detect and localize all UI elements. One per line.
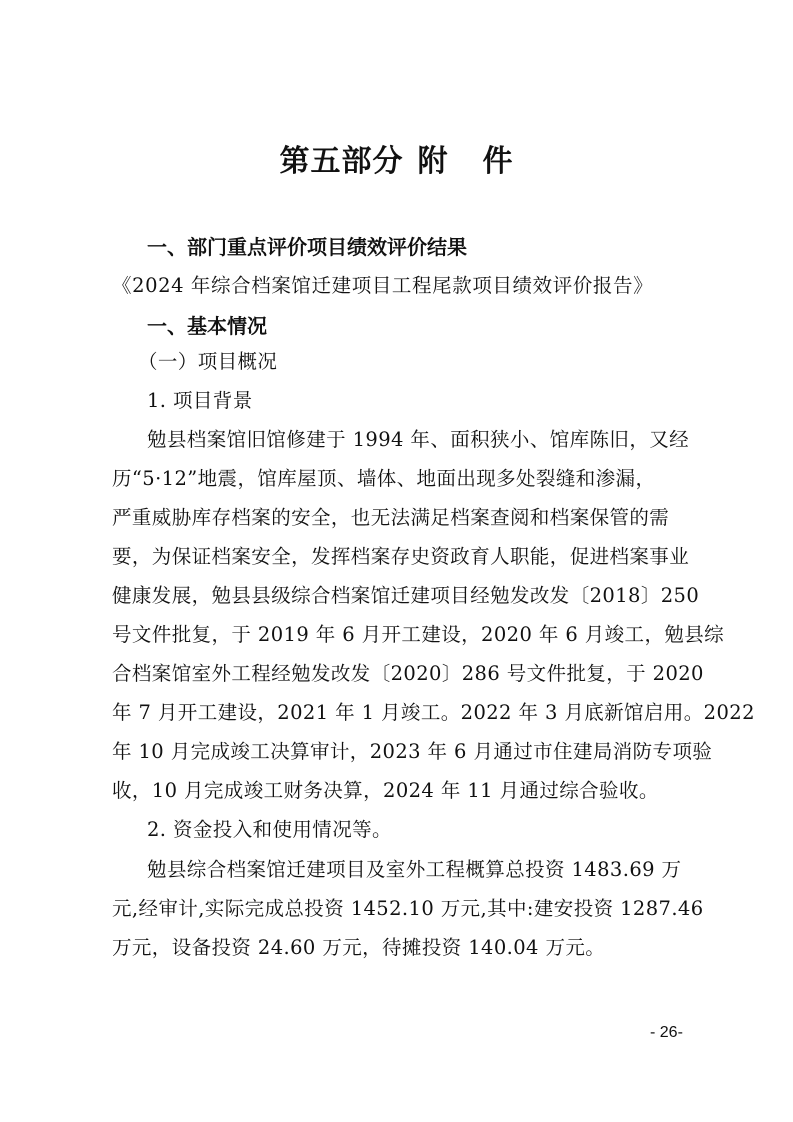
paragraph-1-line: 严重威胁库存档案的安全，也无法满足档案查阅和档案保管的需 <box>112 504 686 532</box>
paragraph-1-line: 年 7 月开工建设，2021 年 1 月竣工。2022 年 3 月底新馆启用。2… <box>112 699 686 727</box>
section-heading: 一、部门重点评价项目绩效评价结果 <box>147 233 467 261</box>
part-title-word2: 件 <box>483 144 514 179</box>
item-2-title: 2. 资金投入和使用情况等。 <box>147 816 721 844</box>
paragraph-1-line: 要，为保证档案安全，发挥档案存史资政育人职能，促进档案事业 <box>112 543 686 571</box>
page-number: - 26- <box>650 1024 683 1042</box>
item-1-title: 1. 项目背景 <box>147 387 721 415</box>
subsection-heading: 一、基本情况 <box>147 312 267 340</box>
sub-heading-project-overview: （一）项目概况 <box>138 348 712 376</box>
report-title: 《2024 年综合档案馆迁建项目工程尾款项目绩效评价报告》 <box>112 272 686 300</box>
paragraph-1-line: 收，10 月完成竣工财务决算，2024 年 11 月通过综合验收。 <box>112 777 686 805</box>
paragraph-1-line: 历“5·12”地震，馆库屋顶、墙体、地面出现多处裂缝和渗漏， <box>112 465 686 493</box>
paragraph-1-line: 健康发展，勉县县级综合档案馆迁建项目经勉发改发〔2018〕250 <box>112 582 686 610</box>
part-title: 第五部分附件 <box>0 142 793 182</box>
part-title-word1: 附 <box>418 144 449 179</box>
paragraph-1-line: 合档案馆室外工程经勉发改发〔2020〕286 号文件批复，于 2020 <box>112 660 686 688</box>
paragraph-1-line: 号文件批复，于 2019 年 6 月开工建设，2020 年 6 月竣工，勉县综 <box>112 621 686 649</box>
paragraph-2-line: 勉县综合档案馆迁建项目及室外工程概算总投资 1483.69 万 <box>147 856 721 884</box>
part-title-part: 第五部分 <box>280 144 404 179</box>
paragraph-1-line: 年 10 月完成竣工决算审计，2023 年 6 月通过市住建局消防专项验 <box>112 738 686 766</box>
paragraph-2-line: 元,经审计,实际完成总投资 1452.10 万元,其中:建安投资 1287.46 <box>112 895 686 923</box>
paragraph-2-line: 万元，设备投资 24.60 万元，待摊投资 140.04 万元。 <box>112 934 686 962</box>
paragraph-1-line: 勉县档案馆旧馆修建于 1994 年、面积狭小、馆库陈旧，又经 <box>147 426 721 454</box>
document-page: 第五部分附件 一、部门重点评价项目绩效评价结果 《2024 年综合档案馆迁建项目… <box>0 0 793 1122</box>
